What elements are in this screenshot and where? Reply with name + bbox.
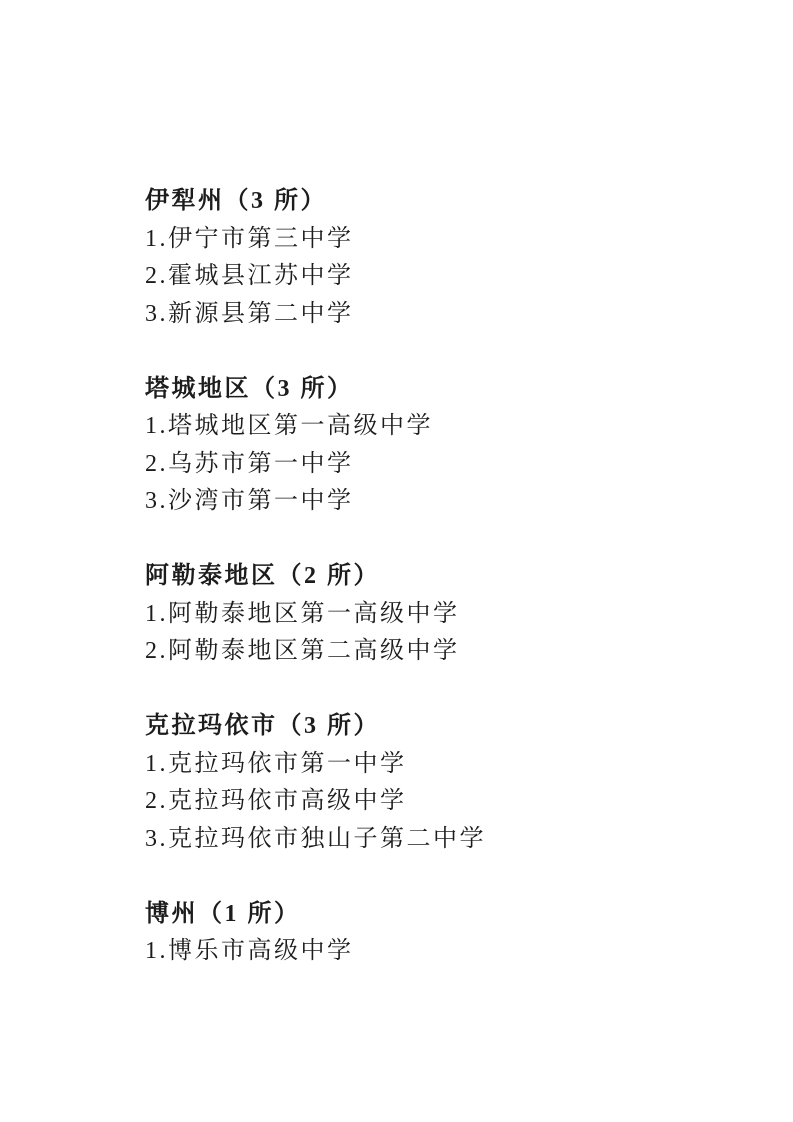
school-list-item: 2.阿勒泰地区第二高级中学 <box>145 633 705 671</box>
region-heading: 塔城地区（3 所） <box>145 371 705 409</box>
school-list-item: 1.博乐市高级中学 <box>145 933 705 971</box>
school-list: 1.博乐市高级中学 <box>145 933 705 971</box>
region-heading: 伊犁州（3 所） <box>145 183 705 221</box>
document-page: 伊犁州（3 所） 1.伊宁市第三中学2.霍城县江苏中学3.新源县第二中学 塔城地… <box>0 0 793 1122</box>
school-list: 1.阿勒泰地区第一高级中学2.阿勒泰地区第二高级中学 <box>145 596 705 671</box>
school-list-item: 3.新源县第二中学 <box>145 296 705 334</box>
document-content: 伊犁州（3 所） 1.伊宁市第三中学2.霍城县江苏中学3.新源县第二中学 塔城地… <box>145 183 705 971</box>
school-list: 1.克拉玛依市第一中学2.克拉玛依市高级中学3.克拉玛依市独山子第二中学 <box>145 746 705 859</box>
region-heading: 克拉玛依市（3 所） <box>145 708 705 746</box>
school-list-item: 1.塔城地区第一高级中学 <box>145 408 705 446</box>
school-list: 1.伊宁市第三中学2.霍城县江苏中学3.新源县第二中学 <box>145 221 705 334</box>
region-section: 塔城地区（3 所） 1.塔城地区第一高级中学2.乌苏市第一中学3.沙湾市第一中学 <box>145 371 705 521</box>
school-list-item: 1.阿勒泰地区第一高级中学 <box>145 596 705 634</box>
school-list-item: 3.克拉玛依市独山子第二中学 <box>145 821 705 859</box>
school-list-item: 1.克拉玛依市第一中学 <box>145 746 705 784</box>
region-section: 克拉玛依市（3 所） 1.克拉玛依市第一中学2.克拉玛依市高级中学3.克拉玛依市… <box>145 708 705 858</box>
region-heading: 博州（1 所） <box>145 896 705 934</box>
school-list-item: 2.克拉玛依市高级中学 <box>145 783 705 821</box>
school-list-item: 3.沙湾市第一中学 <box>145 483 705 521</box>
region-heading: 阿勒泰地区（2 所） <box>145 558 705 596</box>
region-section: 博州（1 所） 1.博乐市高级中学 <box>145 896 705 971</box>
region-section: 伊犁州（3 所） 1.伊宁市第三中学2.霍城县江苏中学3.新源县第二中学 <box>145 183 705 333</box>
school-list-item: 2.霍城县江苏中学 <box>145 258 705 296</box>
school-list: 1.塔城地区第一高级中学2.乌苏市第一中学3.沙湾市第一中学 <box>145 408 705 521</box>
school-list-item: 1.伊宁市第三中学 <box>145 221 705 259</box>
region-section: 阿勒泰地区（2 所） 1.阿勒泰地区第一高级中学2.阿勒泰地区第二高级中学 <box>145 558 705 671</box>
school-list-item: 2.乌苏市第一中学 <box>145 446 705 484</box>
